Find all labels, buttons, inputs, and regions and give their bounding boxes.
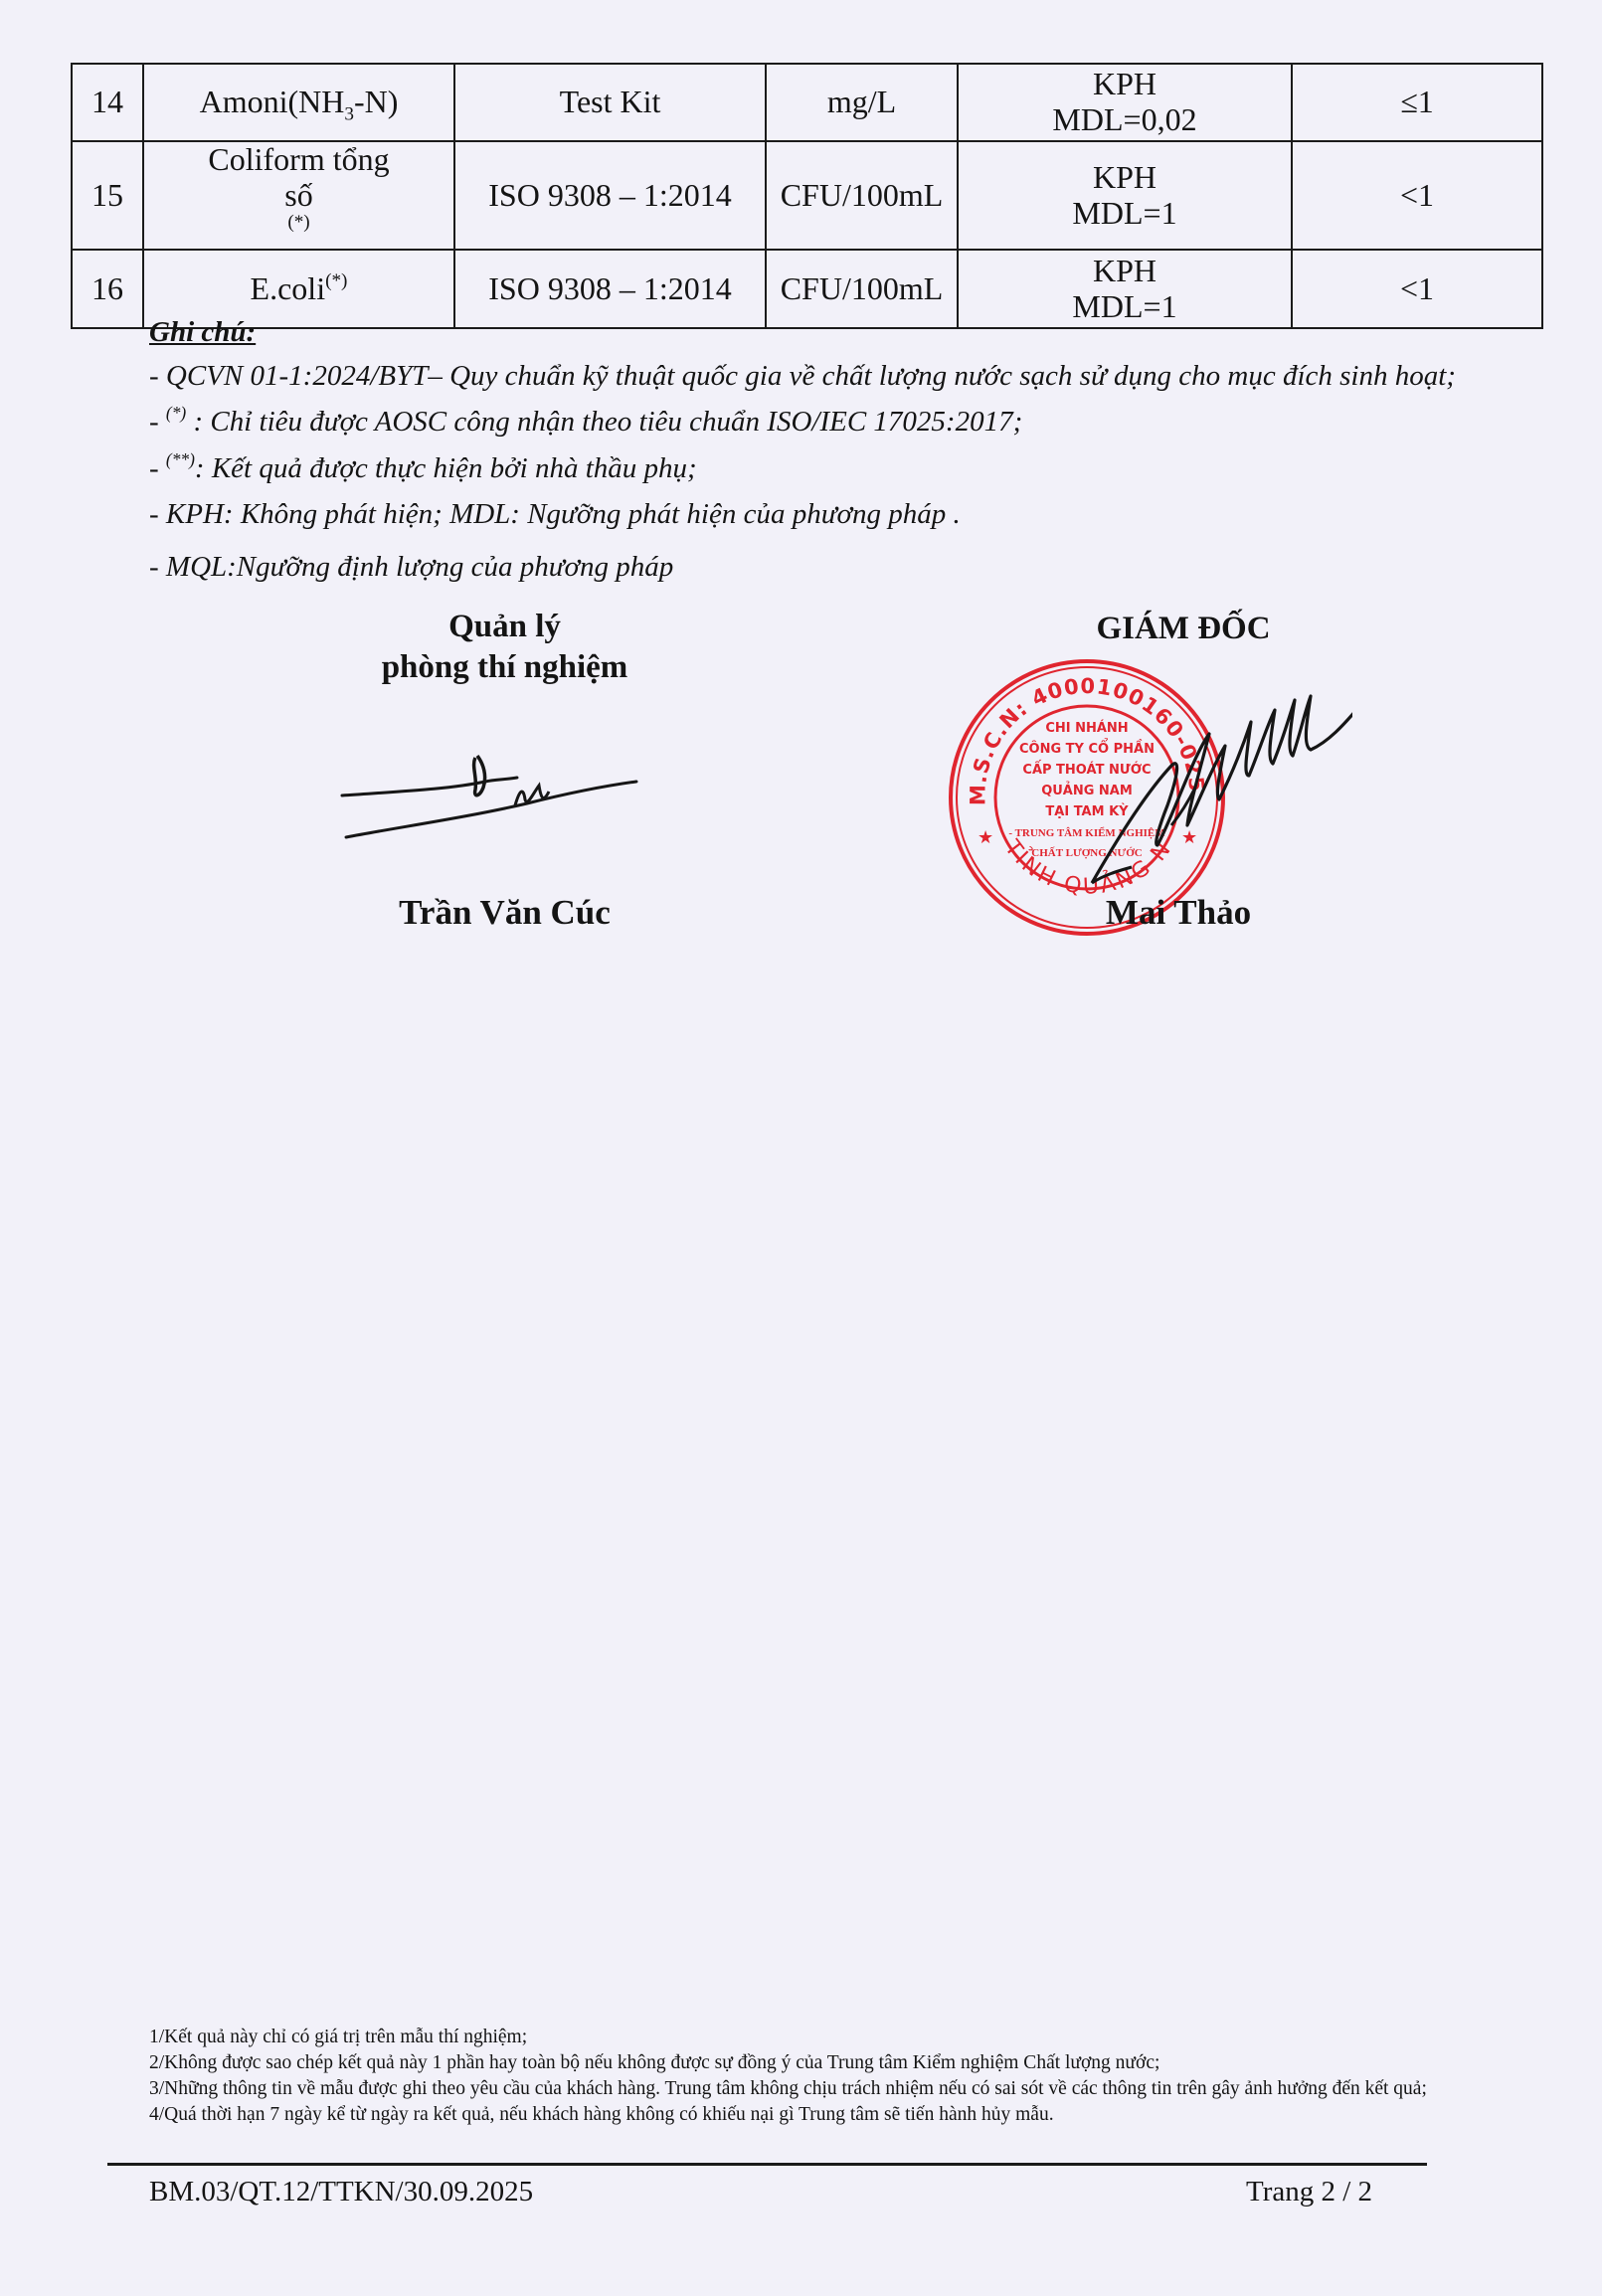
note-item: - (*) : Chỉ tiêu được AOSC công nhận the… (149, 406, 1022, 439)
note-item: - QCVN 01-1:2024/BYT– Quy chuẩn kỹ thuật… (149, 360, 1456, 393)
footer-divider (107, 2163, 1427, 2166)
director-name: Mai Thảo (1094, 893, 1263, 933)
test-method: ISO 9308 – 1:2014 (454, 250, 766, 328)
note-item: - MQL:Ngưỡng định lượng của phương pháp (149, 551, 673, 584)
page-number: Trang 2 / 2 (1246, 2176, 1372, 2208)
test-result: KPHMDL=1 (958, 141, 1292, 250)
unit: CFU/100mL (766, 141, 958, 250)
test-result: KPHMDL=1 (958, 250, 1292, 328)
limit-value: <1 (1292, 250, 1542, 328)
test-result: KPHMDL=0,02 (958, 64, 1292, 141)
lab-manager-signature-icon (338, 746, 646, 845)
note-item: - KPH: Không phát hiện; MDL: Ngưỡng phát… (149, 498, 961, 531)
limit-value: <1 (1292, 141, 1542, 250)
document-code: BM.03/QT.12/TTKN/30.09.2025 (149, 2176, 533, 2208)
director-title: GIÁM ĐỐC (1054, 609, 1313, 649)
notes-heading: Ghi chú: (149, 316, 256, 349)
test-method: Test Kit (454, 64, 766, 141)
row-number: 14 (72, 64, 143, 141)
disclaimer-item: 1/Kết quả này chỉ có giá trị trên mẫu th… (149, 2025, 1521, 2050)
results-table: 14 Amoni(NH3-N) Test Kit mg/L KPHMDL=0,0… (71, 63, 1543, 329)
lab-manager-title: Quản lý phòng thí nghiệm (328, 607, 681, 689)
parameter-name: Coliform tổngsố(*) (143, 141, 454, 250)
row-number: 15 (72, 141, 143, 250)
unit: mg/L (766, 64, 958, 141)
disclaimer-item: 2/Không được sao chép kết quả này 1 phần… (149, 2050, 1521, 2076)
director-signature-icon (1084, 676, 1352, 905)
row-number: 16 (72, 250, 143, 328)
lab-manager-name: Trần Văn Cúc (328, 893, 681, 933)
svg-text:★: ★ (978, 827, 993, 847)
table-row: 15 Coliform tổngsố(*) ISO 9308 – 1:2014 … (72, 141, 1542, 250)
limit-value: ≤1 (1292, 64, 1542, 141)
document-page: 14 Amoni(NH3-N) Test Kit mg/L KPHMDL=0,0… (0, 0, 1602, 2296)
parameter-name: Amoni(NH3-N) (143, 64, 454, 141)
test-method: ISO 9308 – 1:2014 (454, 141, 766, 250)
table-row: 16 E.coli(*) ISO 9308 – 1:2014 CFU/100mL… (72, 250, 1542, 328)
note-item: - (**): Kết quả được thực hiện bởi nhà t… (149, 452, 697, 485)
table-row: 14 Amoni(NH3-N) Test Kit mg/L KPHMDL=0,0… (72, 64, 1542, 141)
disclaimer-list: 1/Kết quả này chỉ có giá trị trên mẫu th… (149, 2025, 1521, 2128)
disclaimer-item: 4/Quá thời hạn 7 ngày kể từ ngày ra kết … (149, 2102, 1521, 2128)
unit: CFU/100mL (766, 250, 958, 328)
disclaimer-item: 3/Những thông tin về mẫu được ghi theo y… (149, 2076, 1521, 2102)
